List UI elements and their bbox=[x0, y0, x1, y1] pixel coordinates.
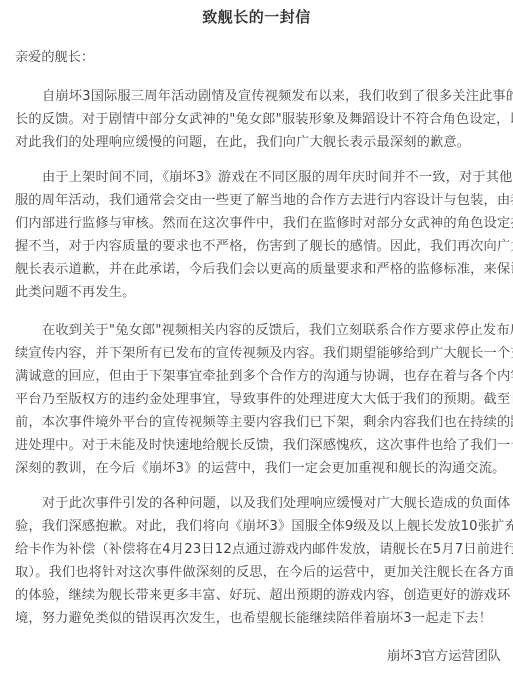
paragraph-line: 满诚意的回应，但由于下架事宜牵扯到多个合作方的沟通与协调，也存在着与各个内容 bbox=[15, 365, 501, 388]
paragraph-4: 对于此次事件引发的各种问题，以及我们处理响应缓慢对广大舰长造成的负面体 验，我们… bbox=[15, 492, 501, 630]
letter-page: 致舰长的一封信 亲爱的舰长： 自崩坏3国际服三周年活动剧情及宣传视频发布以来，我… bbox=[0, 0, 513, 673]
paragraph-line: 握不当，对于内容质量的要求也不严格，伤害到了舰长的感情。因此，我们再次向广大 bbox=[15, 235, 501, 258]
paragraph-line: 对此我们的处理响应缓慢的问题，在此，我们向广大舰长表示最深刻的歉意。 bbox=[15, 131, 501, 154]
paragraph-line: 此类问题不再发生。 bbox=[15, 281, 501, 304]
paragraph-line: 长的反馈。对于剧情中部分女武神的"兔女郎"服装形象及舞蹈设计不符合角色设定，以及 bbox=[15, 108, 501, 131]
paragraph-line: 深刻的教训，在今后《崩坏3》的运营中，我们一定会更加重视和舰长的沟通交流。 bbox=[15, 457, 501, 480]
paragraph-line: 们内部进行监修与审核。然而在这次事件中，我们在监修时对部分女武神的角色设定把 bbox=[15, 212, 501, 235]
paragraph-line: 取）。我们也将针对这次事件做深刻的反思，在今后的运营中，更加关注舰长在各方面 bbox=[15, 561, 501, 584]
paragraph-line: 服的周年活动，我们通常会交由一些更了解当地的合作方去进行内容设计与包装，由我 bbox=[15, 189, 501, 212]
paragraph-line: 平台乃至版权方的违约金处理事宜，导致事件的处理进度大大低于我们的预期。截至目 bbox=[15, 388, 501, 411]
paragraph-line: 的体验，继续为舰长带来更多丰富、好玩、超出预期的游戏内容，创造更好的游戏环 bbox=[15, 584, 501, 607]
paragraph-line: 进处理中。对于未能及时快速地给舰长反馈，我们深感愧疚，这次事件也给了我们一个 bbox=[15, 434, 501, 457]
paragraph-line: 对于此次事件引发的各种问题，以及我们处理响应缓慢对广大舰长造成的负面体 bbox=[15, 492, 501, 515]
letter-title: 致舰长的一封信 bbox=[0, 6, 513, 27]
paragraph-1: 自崩坏3国际服三周年活动剧情及宣传视频发布以来，我们收到了很多关注此事的舰 长的… bbox=[15, 85, 501, 154]
paragraph-line: 前，本次事件境外平台的宣传视频等主要内容我们已下架，剩余内容我们也在持续的跟 bbox=[15, 411, 501, 434]
letter-greeting: 亲爱的舰长： bbox=[15, 46, 94, 65]
letter-signature: 崩坏3官方运营团队 bbox=[387, 645, 501, 664]
paragraph-line: 给卡作为补偿（补偿将在4月23日12点通过游戏内邮件发放，请舰长在5月7日前进行… bbox=[15, 538, 501, 561]
paragraph-line: 境，努力避免类似的错误再次发生，也希望舰长能继续陪伴着崩坏3一起走下去！ bbox=[15, 607, 501, 630]
paragraph-2: 由于上架时间不同，《崩坏3》游戏在不同区服的周年庆时间并不一致，对于其他区 服的… bbox=[15, 166, 501, 304]
paragraph-line: 续宣传内容，并下架所有已发布的宣传视频及内容。我们期望能够给到广大舰长一个充 bbox=[15, 342, 501, 365]
paragraph-line: 在收到关于"兔女郎"视频相关内容的反馈后，我们立刻联系合作方要求停止发布后 bbox=[15, 319, 501, 342]
paragraph-line: 验，我们深感抱歉。对此，我们将向《崩坏3》国服全体9级及以上舰长发放10张扩充补 bbox=[15, 515, 501, 538]
paragraph-3: 在收到关于"兔女郎"视频相关内容的反馈后，我们立刻联系合作方要求停止发布后 续宣… bbox=[15, 319, 501, 480]
paragraph-line: 自崩坏3国际服三周年活动剧情及宣传视频发布以来，我们收到了很多关注此事的舰 bbox=[15, 85, 501, 108]
paragraph-line: 由于上架时间不同，《崩坏3》游戏在不同区服的周年庆时间并不一致，对于其他区 bbox=[15, 166, 501, 189]
paragraph-line: 舰长表示道歉，并在此承诺，今后我们会以更高的质量要求和严格的监修标准，来保证 bbox=[15, 258, 501, 281]
